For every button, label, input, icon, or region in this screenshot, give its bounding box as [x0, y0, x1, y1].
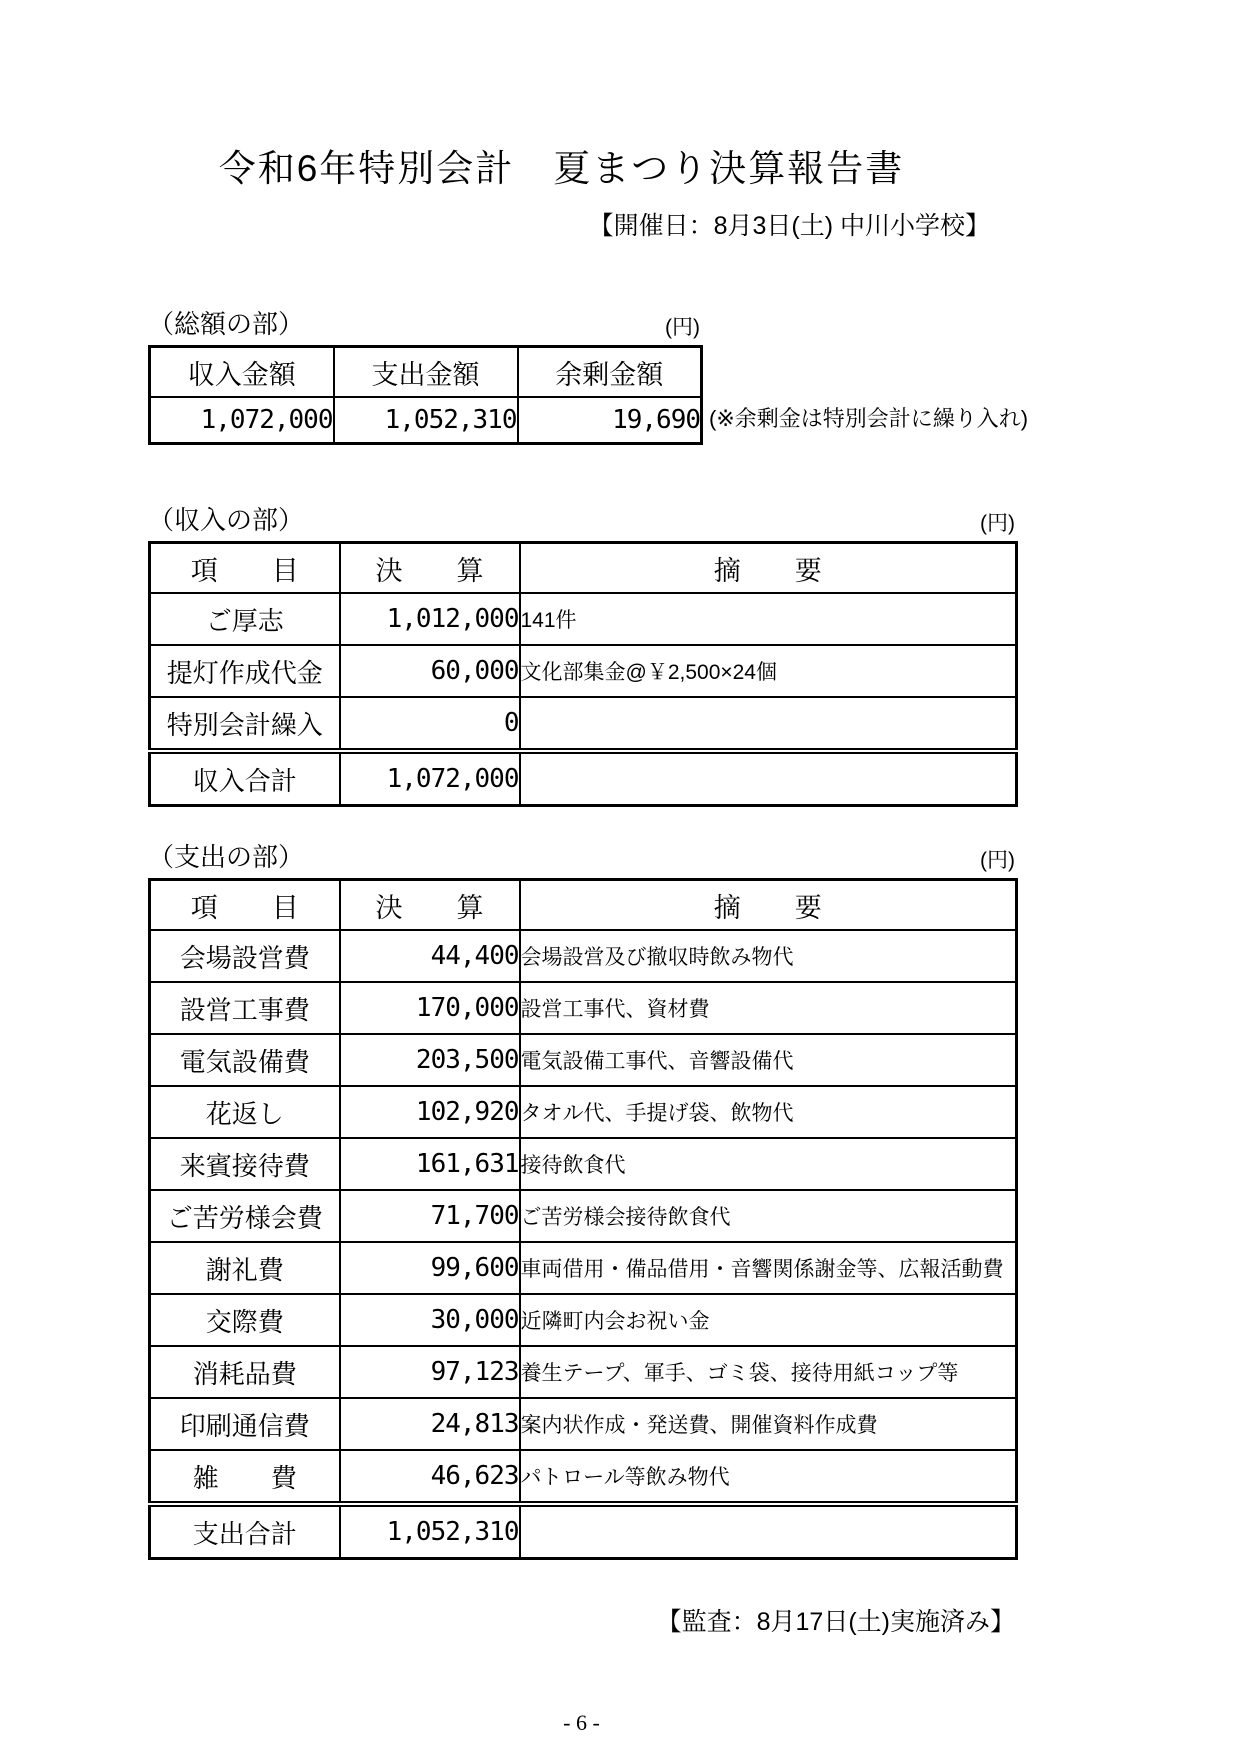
expense-total-row: 支出合計 1,052,310 — [150, 1504, 1017, 1559]
page-title: 令和6年特別会計 夏まつり決算報告書 — [128, 138, 995, 192]
income-col-note: 摘 要 — [520, 543, 1017, 594]
expense-item: 会場設営費 — [150, 930, 340, 982]
expense-row: 印刷通信費 24,813 案内状作成・発送費、開催資料作成費 — [150, 1398, 1017, 1450]
document-page: 令和6年特別会計 夏まつり決算報告書 【開催日：8月3日(土) 中川小学校】 （… — [0, 0, 1241, 1755]
income-note — [520, 697, 1017, 751]
income-item: 提灯作成代金 — [150, 645, 340, 697]
income-total-note — [520, 751, 1017, 806]
expense-note: 近隣町内会お祝い金 — [520, 1294, 1017, 1346]
expense-col-note: 摘 要 — [520, 880, 1017, 931]
expense-note: タオル代、手提げ袋、飲物代 — [520, 1086, 1017, 1138]
income-amount: 1,012,000 — [340, 593, 520, 645]
expense-amount: 203,500 — [340, 1034, 520, 1086]
income-total-row: 収入合計 1,072,000 — [150, 751, 1017, 806]
expense-amount: 71,700 — [340, 1190, 520, 1242]
income-note: 文化部集金@￥2,500×24個 — [520, 645, 1017, 697]
expense-row: 交際費 30,000 近隣町内会お祝い金 — [150, 1294, 1017, 1346]
income-row: 特別会計繰入 0 — [150, 697, 1017, 751]
income-unit-label: (円) — [980, 507, 1015, 537]
expense-amount: 99,600 — [340, 1242, 520, 1294]
summary-income-value: 1,072,000 — [150, 397, 334, 444]
expense-total-label: 支出合計 — [150, 1504, 340, 1559]
expense-row: 会場設営費 44,400 会場設営及び撤収時飲み物代 — [150, 930, 1017, 982]
expense-row: 謝礼費 99,600 車両借用・備品借用・音響関係謝金等、広報活動費 — [150, 1242, 1017, 1294]
summary-table: 収入金額 支出金額 余剰金額 1,072,000 1,052,310 19,69… — [148, 345, 703, 445]
summary-values-row: 1,072,000 1,052,310 19,690 — [150, 397, 702, 444]
page-number: - 6 - — [148, 1710, 1015, 1736]
income-item: 特別会計繰入 — [150, 697, 340, 751]
expense-total-amount: 1,052,310 — [340, 1504, 520, 1559]
expense-table-body: 会場設営費 44,400 会場設営及び撤収時飲み物代 設営工事費 170,000… — [150, 930, 1017, 1504]
expense-amount: 46,623 — [340, 1450, 520, 1504]
expense-col-amount: 決 算 — [340, 880, 520, 931]
expense-note: 会場設営及び撤収時飲み物代 — [520, 930, 1017, 982]
expense-section-label: （支出の部） — [148, 837, 304, 874]
expense-amount: 97,123 — [340, 1346, 520, 1398]
expense-header-row: 項 目 決 算 摘 要 — [150, 880, 1017, 931]
expense-row: 雑 費 46,623 パトロール等飲み物代 — [150, 1450, 1017, 1504]
income-total-label: 収入合計 — [150, 751, 340, 806]
summary-header-row: 収入金額 支出金額 余剰金額 — [150, 347, 702, 398]
summary-unit-label: (円) — [665, 311, 700, 341]
income-note: 141件 — [520, 593, 1017, 645]
expense-item: 設営工事費 — [150, 982, 340, 1034]
expense-note: 電気設備工事代、音響設備代 — [520, 1034, 1017, 1086]
income-section-header: （収入の部） (円) — [148, 500, 1015, 537]
income-amount: 60,000 — [340, 645, 520, 697]
income-table-body: ご厚志 1,012,000 141件 提灯作成代金 60,000 文化部集金@￥… — [150, 593, 1017, 751]
summary-surplus-value: 19,690 — [518, 397, 702, 444]
expense-row: 設営工事費 170,000 設営工事代、資材費 — [150, 982, 1017, 1034]
expense-amount: 30,000 — [340, 1294, 520, 1346]
expense-col-item: 項 目 — [150, 880, 340, 931]
expense-item: ご苦労様会費 — [150, 1190, 340, 1242]
income-col-item: 項 目 — [150, 543, 340, 594]
expense-note: ご苦労様会接待飲食代 — [520, 1190, 1017, 1242]
summary-col-expense: 支出金額 — [334, 347, 518, 398]
summary-section-header: （総額の部） (円) — [148, 304, 700, 341]
income-header-row: 項 目 決 算 摘 要 — [150, 543, 1017, 594]
expense-row: 来賓接待費 161,631 接待飲食代 — [150, 1138, 1017, 1190]
expense-table: 項 目 決 算 摘 要 会場設営費 44,400 会場設営及び撤収時飲み物代 設… — [148, 878, 1018, 1560]
income-row: 提灯作成代金 60,000 文化部集金@￥2,500×24個 — [150, 645, 1017, 697]
expense-item: 交際費 — [150, 1294, 340, 1346]
expense-note: 案内状作成・発送費、開催資料作成費 — [520, 1398, 1017, 1450]
expense-amount: 170,000 — [340, 982, 520, 1034]
expense-section-header: （支出の部） (円) — [148, 837, 1015, 874]
audit-note: 【監査：8月17日(土)実施済み】 — [148, 1602, 1015, 1638]
expense-item: 消耗品費 — [150, 1346, 340, 1398]
summary-col-income: 収入金額 — [150, 347, 334, 398]
expense-row: 電気設備費 203,500 電気設備工事代、音響設備代 — [150, 1034, 1017, 1086]
expense-row: ご苦労様会費 71,700 ご苦労様会接待飲食代 — [150, 1190, 1017, 1242]
expense-amount: 24,813 — [340, 1398, 520, 1450]
expense-note: 接待飲食代 — [520, 1138, 1017, 1190]
income-item: ご厚志 — [150, 593, 340, 645]
expense-amount: 161,631 — [340, 1138, 520, 1190]
expense-unit-label: (円) — [980, 844, 1015, 874]
expense-item: 花返し — [150, 1086, 340, 1138]
surplus-note: (※余剰金は特別会計に繰り入れ) — [709, 402, 1028, 433]
expense-row: 消耗品費 97,123 養生テープ、軍手、ゴミ袋、接待用紙コップ等 — [150, 1346, 1017, 1398]
expense-item: 電気設備費 — [150, 1034, 340, 1086]
expense-item: 雑 費 — [150, 1450, 340, 1504]
income-col-amount: 決 算 — [340, 543, 520, 594]
expense-note: パトロール等飲み物代 — [520, 1450, 1017, 1504]
expense-item: 来賓接待費 — [150, 1138, 340, 1190]
summary-row-wrap: 収入金額 支出金額 余剰金額 1,072,000 1,052,310 19,69… — [148, 345, 1015, 445]
event-info: 【開催日：8月3日(土) 中川小学校】 — [148, 206, 1015, 242]
expense-item: 印刷通信費 — [150, 1398, 340, 1450]
expense-note: 車両借用・備品借用・音響関係謝金等、広報活動費 — [520, 1242, 1017, 1294]
summary-expense-value: 1,052,310 — [334, 397, 518, 444]
income-amount: 0 — [340, 697, 520, 751]
expense-amount: 44,400 — [340, 930, 520, 982]
income-total-amount: 1,072,000 — [340, 751, 520, 806]
income-table: 項 目 決 算 摘 要 ご厚志 1,012,000 141件 提灯作成代金 — [148, 541, 1018, 807]
expense-total-note — [520, 1504, 1017, 1559]
expense-note: 設営工事代、資材費 — [520, 982, 1017, 1034]
expense-note: 養生テープ、軍手、ゴミ袋、接待用紙コップ等 — [520, 1346, 1017, 1398]
expense-row: 花返し 102,920 タオル代、手提げ袋、飲物代 — [150, 1086, 1017, 1138]
income-row: ご厚志 1,012,000 141件 — [150, 593, 1017, 645]
summary-col-surplus: 余剰金額 — [518, 347, 702, 398]
income-section-label: （収入の部） — [148, 500, 304, 537]
expense-amount: 102,920 — [340, 1086, 520, 1138]
expense-item: 謝礼費 — [150, 1242, 340, 1294]
summary-section-label: （総額の部） — [148, 304, 304, 341]
